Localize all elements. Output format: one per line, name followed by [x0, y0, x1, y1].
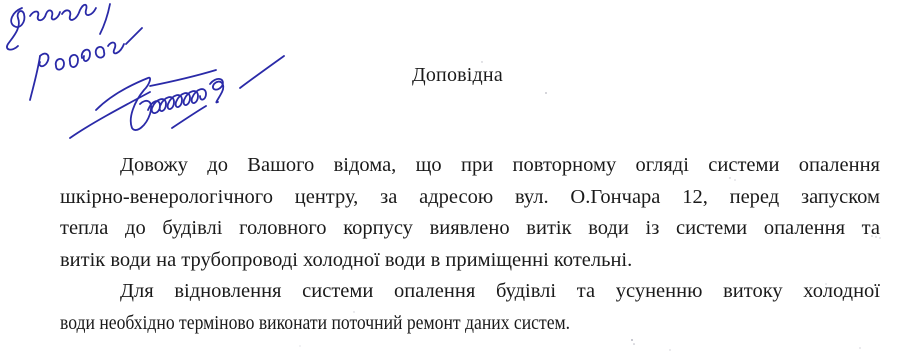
- paragraph-line: шкірно-венерологічного центру, за адресо…: [60, 182, 880, 214]
- document-body: Довожу до Вашого відома, що при повторно…: [60, 150, 880, 339]
- paragraph-2: Для відновлення системи опалення будівлі…: [60, 276, 880, 339]
- handwritten-resolution-signature: [0, 0, 300, 150]
- paragraph-line: Для відновлення системи опалення будівлі…: [60, 276, 880, 308]
- document-page: Доповідна Довожу до Вашого відома, що пр…: [0, 0, 898, 360]
- paragraph-line: витік води на трубопроводі холодної води…: [60, 245, 880, 277]
- paragraph-line: Довожу до Вашого відома, що при повторно…: [60, 150, 880, 182]
- document-title: Доповідна: [412, 64, 503, 87]
- paragraph-line: води необхідно терміново виконати поточн…: [60, 308, 570, 340]
- paragraph-1: Довожу до Вашого відома, що при повторно…: [60, 150, 880, 276]
- paragraph-line-wrapper: води необхідно терміново виконати поточн…: [60, 308, 880, 340]
- paragraph-line: тепла до будівлі головного корпусу виявл…: [60, 213, 880, 245]
